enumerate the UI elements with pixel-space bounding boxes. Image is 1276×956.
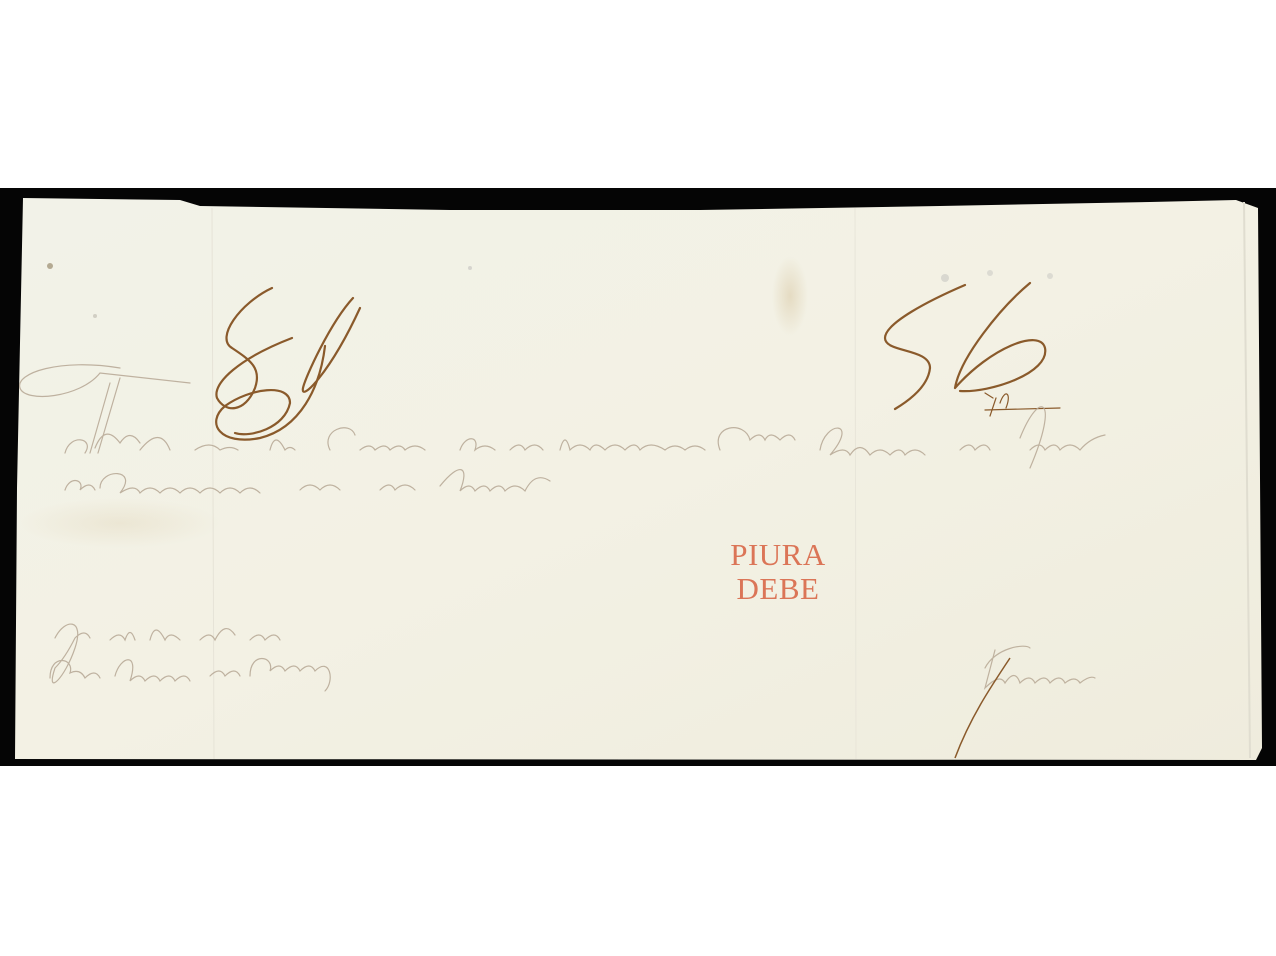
handstamp-line-piura: PIURA <box>712 538 844 572</box>
handstamp-line-debe: DEBE <box>712 572 844 606</box>
piura-debe-handstamp: PIURA DEBE <box>712 538 844 606</box>
postal-cover-paper <box>0 188 1276 766</box>
black-backing <box>0 188 1276 766</box>
